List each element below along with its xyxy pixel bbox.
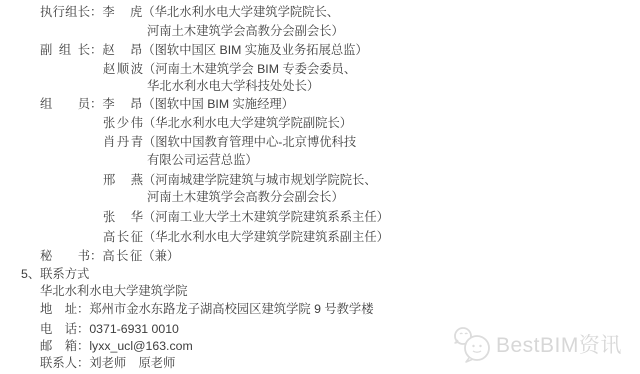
watermark-text: BestBIM资讯 xyxy=(496,325,622,367)
colon: ： xyxy=(90,97,102,112)
person-title: （河南工业大学土木建筑学院建筑系系主任） xyxy=(143,210,389,225)
person-name: 肖丹青 xyxy=(103,135,143,150)
colon: ： xyxy=(77,322,89,337)
contact-label: 邮箱 xyxy=(40,339,77,354)
person-name: 张少伟 xyxy=(103,116,143,131)
colon: ： xyxy=(90,43,102,58)
role-label: 副组长 xyxy=(40,43,90,58)
contact-section-heading: 5、联系方式 xyxy=(21,267,89,282)
organization-name: 华北水利水电大学建筑学院 xyxy=(40,284,188,299)
roster-line-exec-leader: 执行组长：李虎（华北水利水电大学建筑学院院长、 xyxy=(40,5,339,20)
person-name: 高长征 xyxy=(102,249,142,264)
colon: ： xyxy=(77,302,89,317)
contact-person-value: 刘老师 原老师 xyxy=(89,356,175,371)
person-title: （图软中国区 BIM 实施及业务拓展总监） xyxy=(142,43,367,58)
contact-row-email: 邮箱：lyxx_ucl@163.com xyxy=(40,339,193,354)
person-name: 高长征 xyxy=(103,230,143,245)
contact-row-person: 联系人：刘老师 原老师 xyxy=(40,356,175,371)
person-name: 邢燕 xyxy=(103,173,143,188)
person-title: （图软中国 BIM 实施经理） xyxy=(142,97,294,112)
roster-line-members-head: 组员：李昂（图软中国 BIM 实施经理） xyxy=(40,97,294,112)
contact-row-address: 地址：郑州市金水东路龙子湖高校园区建筑学院 9 号教学楼 xyxy=(40,302,374,317)
colon: ： xyxy=(77,339,89,354)
person-title: （华北水利水电大学建筑学院建筑系副主任） xyxy=(143,230,389,245)
person-title: （图软中国教育管理中心-北京博优科技 xyxy=(143,135,356,150)
roster-line-continuation: 华北水利水电大学科技处处长） xyxy=(147,79,319,94)
person-name: 张华 xyxy=(103,210,143,225)
section-title: 5、联系方式 xyxy=(21,267,89,282)
person-title-continuation: 有限公司运营总监） xyxy=(147,153,258,168)
roster-line-continuation: 河南土木建筑学会高教分会副会长） xyxy=(147,190,344,205)
contact-row-phone: 电话：0371-6931 0010 xyxy=(40,322,179,337)
watermark: BestBIM资讯 xyxy=(449,325,622,367)
roster-line-member: 邢燕（河南城建学院建筑与城市规划学院院长、 xyxy=(103,173,377,188)
chat-bubbles-icon xyxy=(449,325,496,367)
roster-line-member: 赵顺波（河南土木建筑学会 BIM 专委会委员、 xyxy=(103,62,356,77)
person-title-continuation: 华北水利水电大学科技处处长） xyxy=(147,79,319,94)
person-title: （华北水利水电大学建筑学院院长、 xyxy=(142,5,339,20)
colon: ： xyxy=(90,249,102,264)
phone-value: 0371-6931 0010 xyxy=(89,322,179,337)
roster-line-member: 高长征（华北水利水电大学建筑学院建筑系副主任） xyxy=(103,230,389,245)
contact-label: 地址 xyxy=(40,302,77,317)
contact-org-line: 华北水利水电大学建筑学院 xyxy=(40,284,188,299)
contact-label: 联系人 xyxy=(40,356,77,371)
person-title-continuation: 河南土木建筑学会高教分会副会长） xyxy=(147,190,344,205)
person-title: （河南城建学院建筑与城市规划学院院长、 xyxy=(143,173,377,188)
roster-line-member: 张少伟（华北水利水电大学建筑学院副院长） xyxy=(103,116,352,131)
roster-line-continuation: 有限公司运营总监） xyxy=(147,153,258,168)
person-title: （华北水利水电大学建筑学院副院长） xyxy=(143,116,352,131)
person-name: 赵顺波 xyxy=(103,62,143,77)
role-label: 组员 xyxy=(40,97,90,112)
person-title: （河南土木建筑学会 BIM 专委会委员、 xyxy=(143,62,356,77)
person-name: 李昂 xyxy=(102,97,142,112)
person-name: 李虎 xyxy=(102,5,142,20)
person-name: 赵昂 xyxy=(102,43,142,58)
person-title-continuation: 河南土木建筑学会高教分会副会长） xyxy=(147,24,344,39)
roster-line-member: 张华（河南工业大学土木建筑学院建筑系系主任） xyxy=(103,210,389,225)
role-label: 秘书 xyxy=(40,249,90,264)
roster-line-member: 肖丹青（图软中国教育管理中心-北京博优科技 xyxy=(103,135,356,150)
document-page: 执行组长：李虎（华北水利水电大学建筑学院院长、 河南土木建筑学会高教分会副会长）… xyxy=(0,0,640,374)
roster-line-continuation: 河南土木建筑学会高教分会副会长） xyxy=(147,24,344,39)
roster-line-deputy-leader: 副组长：赵昂（图软中国区 BIM 实施及业务拓展总监） xyxy=(40,43,368,58)
role-label: 执行组长 xyxy=(40,5,90,20)
roster-line-secretary: 秘书：高长征（兼） xyxy=(40,249,179,264)
email-value: lyxx_ucl@163.com xyxy=(89,339,192,354)
person-title: （兼） xyxy=(142,249,179,264)
address-value: 郑州市金水东路龙子湖高校园区建筑学院 9 号教学楼 xyxy=(89,302,373,317)
contact-label: 电话 xyxy=(40,322,77,337)
colon: ： xyxy=(90,5,102,20)
colon: ： xyxy=(77,356,89,371)
